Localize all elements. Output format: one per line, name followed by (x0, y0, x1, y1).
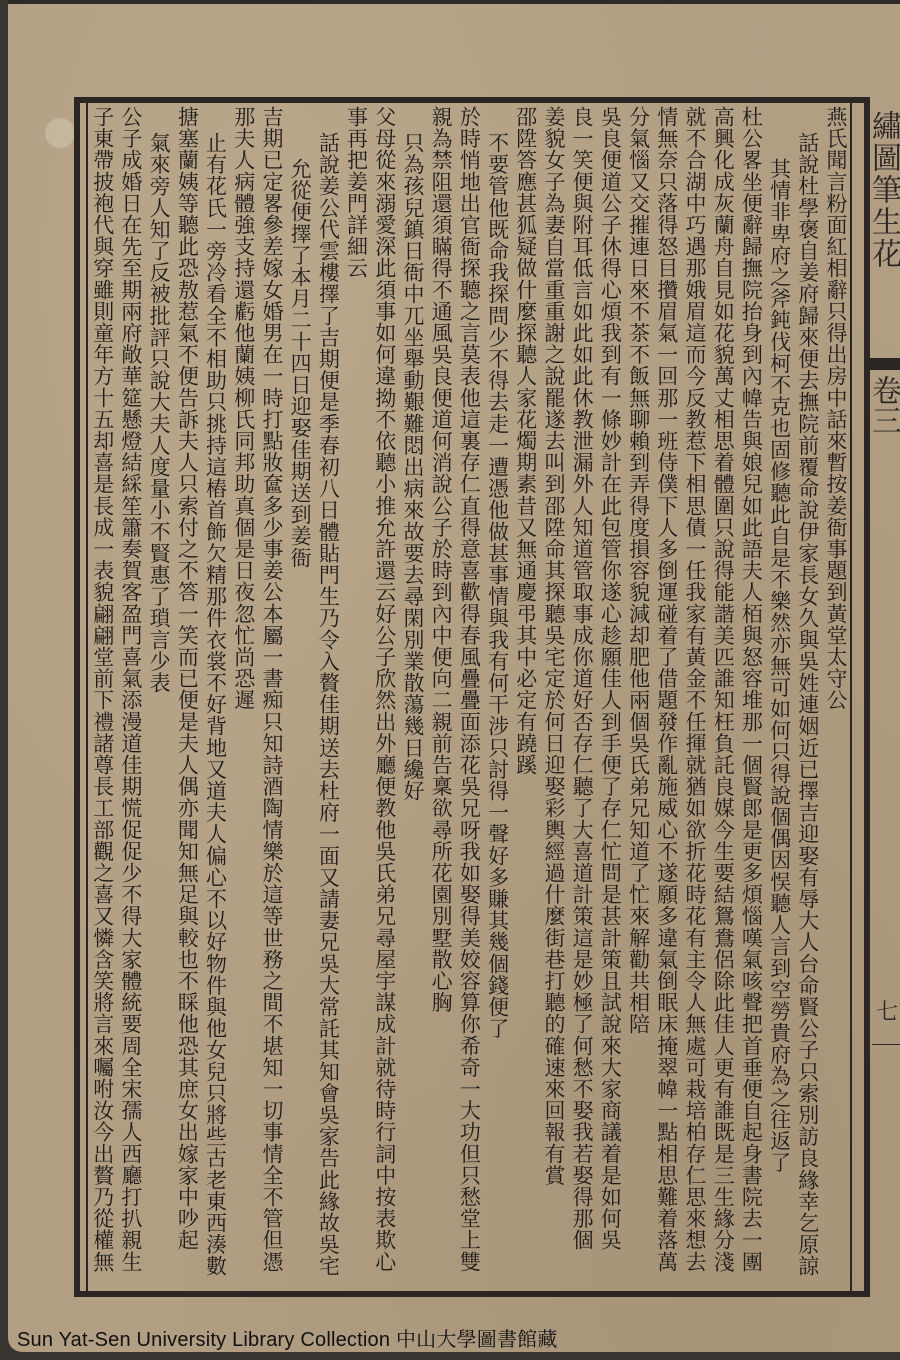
fish-tail-ornament (866, 358, 900, 370)
text-column: 姜貌女子為妻自當重重謝之說罷遂去叫到邵陞命其探聽吳宅定於何日迎娶彩輿經過什麼街巷… (540, 106, 568, 1286)
text-column: 子東帶披袍代與穿雖則童年方十五却喜是長成一表貌翩翩堂前下禮諸尊長工部觀之喜又憐含… (89, 106, 117, 1286)
worm-hole (45, 118, 75, 148)
collection-en: Sun Yat-Sen University Library Collectio… (17, 1329, 390, 1351)
center-margin-column (850, 103, 872, 1291)
text-column: 分氣惱又交摧連日來不茶不飯無聊賴到弄得度損容貌減却肥他兩個吳氏弟兄知道了忙來解勸… (624, 106, 652, 1286)
text-column: 親為禁阻還須瞞得不通風吳良便道何消說公子於時到內中便向二親前告稟欲尋所花園別墅散… (427, 106, 455, 1286)
text-column: 父母從來溺愛深此須事如何違拗不依聽小推允許還云好公子欣然出外廳便教他吳氏弟兄尋屋… (371, 106, 399, 1286)
collection-watermark: Sun Yat-Sen University Library Collectio… (17, 1323, 558, 1352)
text-column: 就不合湖中巧遇那娥眉這而今反教惹下相思債一任我家有黃金不任揮就猶如欲折花時花有主… (681, 106, 709, 1286)
text-column: 氣來旁人知了反被批評只說大夫人度量小不賢惠了瑣言少表 (145, 106, 173, 1286)
margin-page-number: 七 (876, 995, 898, 1026)
text-column: 公子成婚日在先至期兩府敞華筵懸燈結綵笙簫奏賀客盈門喜氣添漫道佳期慌促促少不得大家… (117, 106, 145, 1286)
text-column: 止有花氏一旁冷看全不相助只挑持這樁首飾欠精那件衣裳不好背地又道夫人偏心不以好物件… (201, 106, 229, 1286)
text-column: 杜公畧坐便辭歸撫院抬身到內幃告與娘兒如此語夫人栢與怒容堆那一個賢郎是更多煩惱嘆氣… (737, 106, 765, 1286)
collection-cn: 中山大學圖書館藏 (396, 1327, 558, 1351)
text-column: 高興化成灰蘭舟自見如花貌萬丈相思着體圍只說得能諧美匹誰知枉負託良媒今生要結鴛鴦侶… (709, 106, 737, 1286)
text-column: 情無奈只落得怒目攢眉氣一回那一班侍僕下人多倒運碰着了借題發作亂施威心不遂願多違氣… (653, 106, 681, 1286)
text-column: 事再把姜門詳細云 (342, 106, 370, 1286)
text-column: 其情非卑府之斧鈍伐柯不克也固修聽此自是不樂然亦無可如何只得說個偶因悮聽人言到空勞… (765, 106, 793, 1286)
margin-book-title: 繡圖筆生花 (866, 110, 900, 270)
margin-volume: 卷三 (866, 375, 900, 435)
page-top-edge (8, 0, 900, 4)
text-column: 允從便擇了本月二十四日迎娶佳期送到姜衙 (286, 106, 314, 1286)
text-column: 吳良便道公子休得心煩我到有一條妙計在此包管你遂心趁願佳人到手便了存仁忙問是甚計策… (596, 106, 624, 1286)
text-column: 那夫人病體強支持還虧他蘭姨柳氏同邦助真個是日夜忽忙尚恐遲 (230, 106, 258, 1286)
text-column: 燕氏聞言粉面紅相辭只得出房中話來暫按姜衙事題到黃堂太守公 (822, 106, 850, 1286)
text-column: 不要管他既命我探問少不得去走一遭憑他做甚事情與我有何干涉只討得一聲好多賺其幾個錢… (483, 106, 511, 1286)
text-column: 良一笑便與附耳低言如此如此休教泄漏外人知道管取事成你道好否存仁聽了大喜道計策這是… (568, 106, 596, 1286)
text-column: 搪塞蘭姨等聽此恐敖惹氣不便告訴夫人只索付之不答一笑而已便是夫人偶亦聞知無足與較也… (173, 106, 201, 1286)
text-column: 吉期已定畧參差嫁女婚男在一時打點妝奩多少事姜公本屬一書痴只知詩酒陶情樂於這等世務… (258, 106, 286, 1286)
margin-rule (872, 1044, 900, 1045)
text-column: 於時悄地出官衙探聽之言莫表他這裏存仁直得意喜歡得春風疊疊面添花吳兄呀我如娶得美姣… (455, 106, 483, 1286)
body-text: 燕氏聞言粉面紅相辭只得出房中話來暫按姜衙事題到黃堂太守公話說杜學褒自姜府歸來便去… (90, 106, 850, 1286)
text-column: 話說姜公代雲樓擇了吉期便是季春初八日體貼門生乃令入贅佳期送去杜府一面又請妻兄吳大… (314, 106, 342, 1286)
text-column: 邵陞答應甚狐疑做什麼探聽人家花燭期素昔又無通慶弔其中必定有蹺蹊 (512, 106, 540, 1286)
text-column: 話說杜學褒自姜府歸來便去撫院前覆命說伊家長女久與吳姓連姻近已擇吉迎娶有辱大人台命… (794, 106, 822, 1286)
text-column: 只為孩兒鎮日衙中兀坐舉動艱難悶出病來故要去尋閑別業散蕩幾日纔好 (399, 106, 427, 1286)
